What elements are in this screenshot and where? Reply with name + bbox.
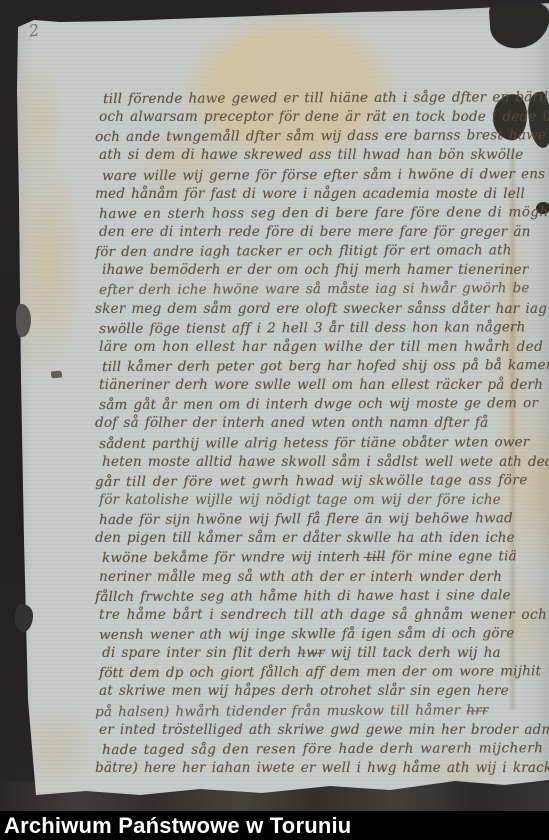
manuscript-line: fållch frwchte seg ath håme hith di hawe…: [95, 586, 549, 607]
manuscript-line: ihawe bemöderh er der om och fhij merh h…: [102, 261, 549, 280]
manuscript-line: efter derh iche hwöne ware så måste iag …: [99, 279, 549, 300]
manuscript-line: för katolishe wijlle wij nödigt tage om …: [99, 491, 549, 510]
manuscript-line: såm gåt år men om di interh dwge och wij…: [99, 394, 549, 415]
manuscript-line: och ande twngemåll dfter såm wij dass er…: [95, 126, 549, 147]
manuscript-text: till förende hawe gewed er till hiäne at…: [99, 89, 549, 778]
manuscript-line: till förende hawe gewed er till hiäne at…: [103, 88, 549, 109]
manuscript-line: kwöne bekåme för wndre wij interh t̶i̶l̶…: [102, 547, 549, 568]
page-number: 2: [28, 22, 40, 39]
manuscript-line: bätre) here her iahan iwete er well i hw…: [95, 759, 549, 778]
manuscript-line: med hånåm för fast di wore i någen acade…: [95, 185, 549, 204]
manuscript-line: och alwarsam preceptor för dene är rät e…: [99, 108, 549, 127]
manuscript-line: er inted tröstelliged ath skriwe gwd gew…: [99, 721, 549, 740]
manuscript-line: läre om hon ellest har någen wilhe der t…: [99, 338, 549, 357]
margin-ink-mark: [51, 370, 63, 378]
manuscript-line: tre håme bårt i sendrech till ath dage s…: [99, 606, 549, 625]
manuscript-line: går till der före wet gwrh hwad wij skwö…: [95, 471, 549, 492]
manuscript-line: hade taged såg den resen före hade derh …: [102, 739, 549, 760]
manuscript-line: för den andre iagh tacker er och flitigt…: [95, 241, 549, 262]
manuscript-line: wensh wener ath wij inge skwlle få igen …: [99, 624, 549, 645]
archive-caption-bar: Archiwum Państwowe w Toruniu: [0, 811, 549, 840]
manuscript-line: swölle föge tienst aff i 2 hell 3 år til…: [99, 318, 549, 339]
manuscript-line: till kåmer derh peter got berg har hofed…: [102, 356, 549, 377]
manuscript-line: tiäneriner derh wore swlle well om han e…: [99, 376, 549, 395]
manuscript-line: at skriwe men wij håpes derh otrohet slå…: [99, 682, 549, 701]
manuscript-line: den pigen till kåmer såm er dåter skwlle…: [95, 529, 549, 548]
manuscript-line: fött dem dp och giort fållch aff dem men…: [99, 662, 549, 683]
manuscript-line: den ere di interh rede före di bere mere…: [99, 223, 549, 242]
archive-caption: Archiwum Państwowe w Toruniu: [0, 813, 351, 839]
manuscript-line: på halsen) hwårh tidender från muskow ti…: [95, 700, 549, 721]
manuscript-line: sådent parthij wille alrig hetess för ti…: [99, 433, 549, 454]
manuscript-line: di spare inter sin flit derh h̶w̶r̶ wij …: [102, 644, 549, 663]
manuscript-line: hade för sijn hwöne wij fwll få flere än…: [99, 509, 549, 530]
manuscript-line: neriner målle meg så wth ath der er inte…: [99, 568, 549, 587]
manuscript-line: ath si dem di hawe skrewed ass till hwad…: [99, 146, 549, 165]
manuscript-line: heten moste alltid hawe skwoll såm i såd…: [102, 453, 549, 472]
archive-scan-view: 2 till förende hawe gewed er till hiäne …: [0, 0, 549, 840]
manuscript-line: ware wille wij gerne för förse efter såm…: [102, 165, 549, 186]
manuscript-line: sker meg dem såm gord ere oloft swecker …: [95, 300, 549, 319]
manuscript-line: dof så fölher der interh aned wten onth …: [95, 414, 549, 433]
manuscript-line: hawe en sterh hoss seg den di bere fare …: [99, 203, 549, 224]
